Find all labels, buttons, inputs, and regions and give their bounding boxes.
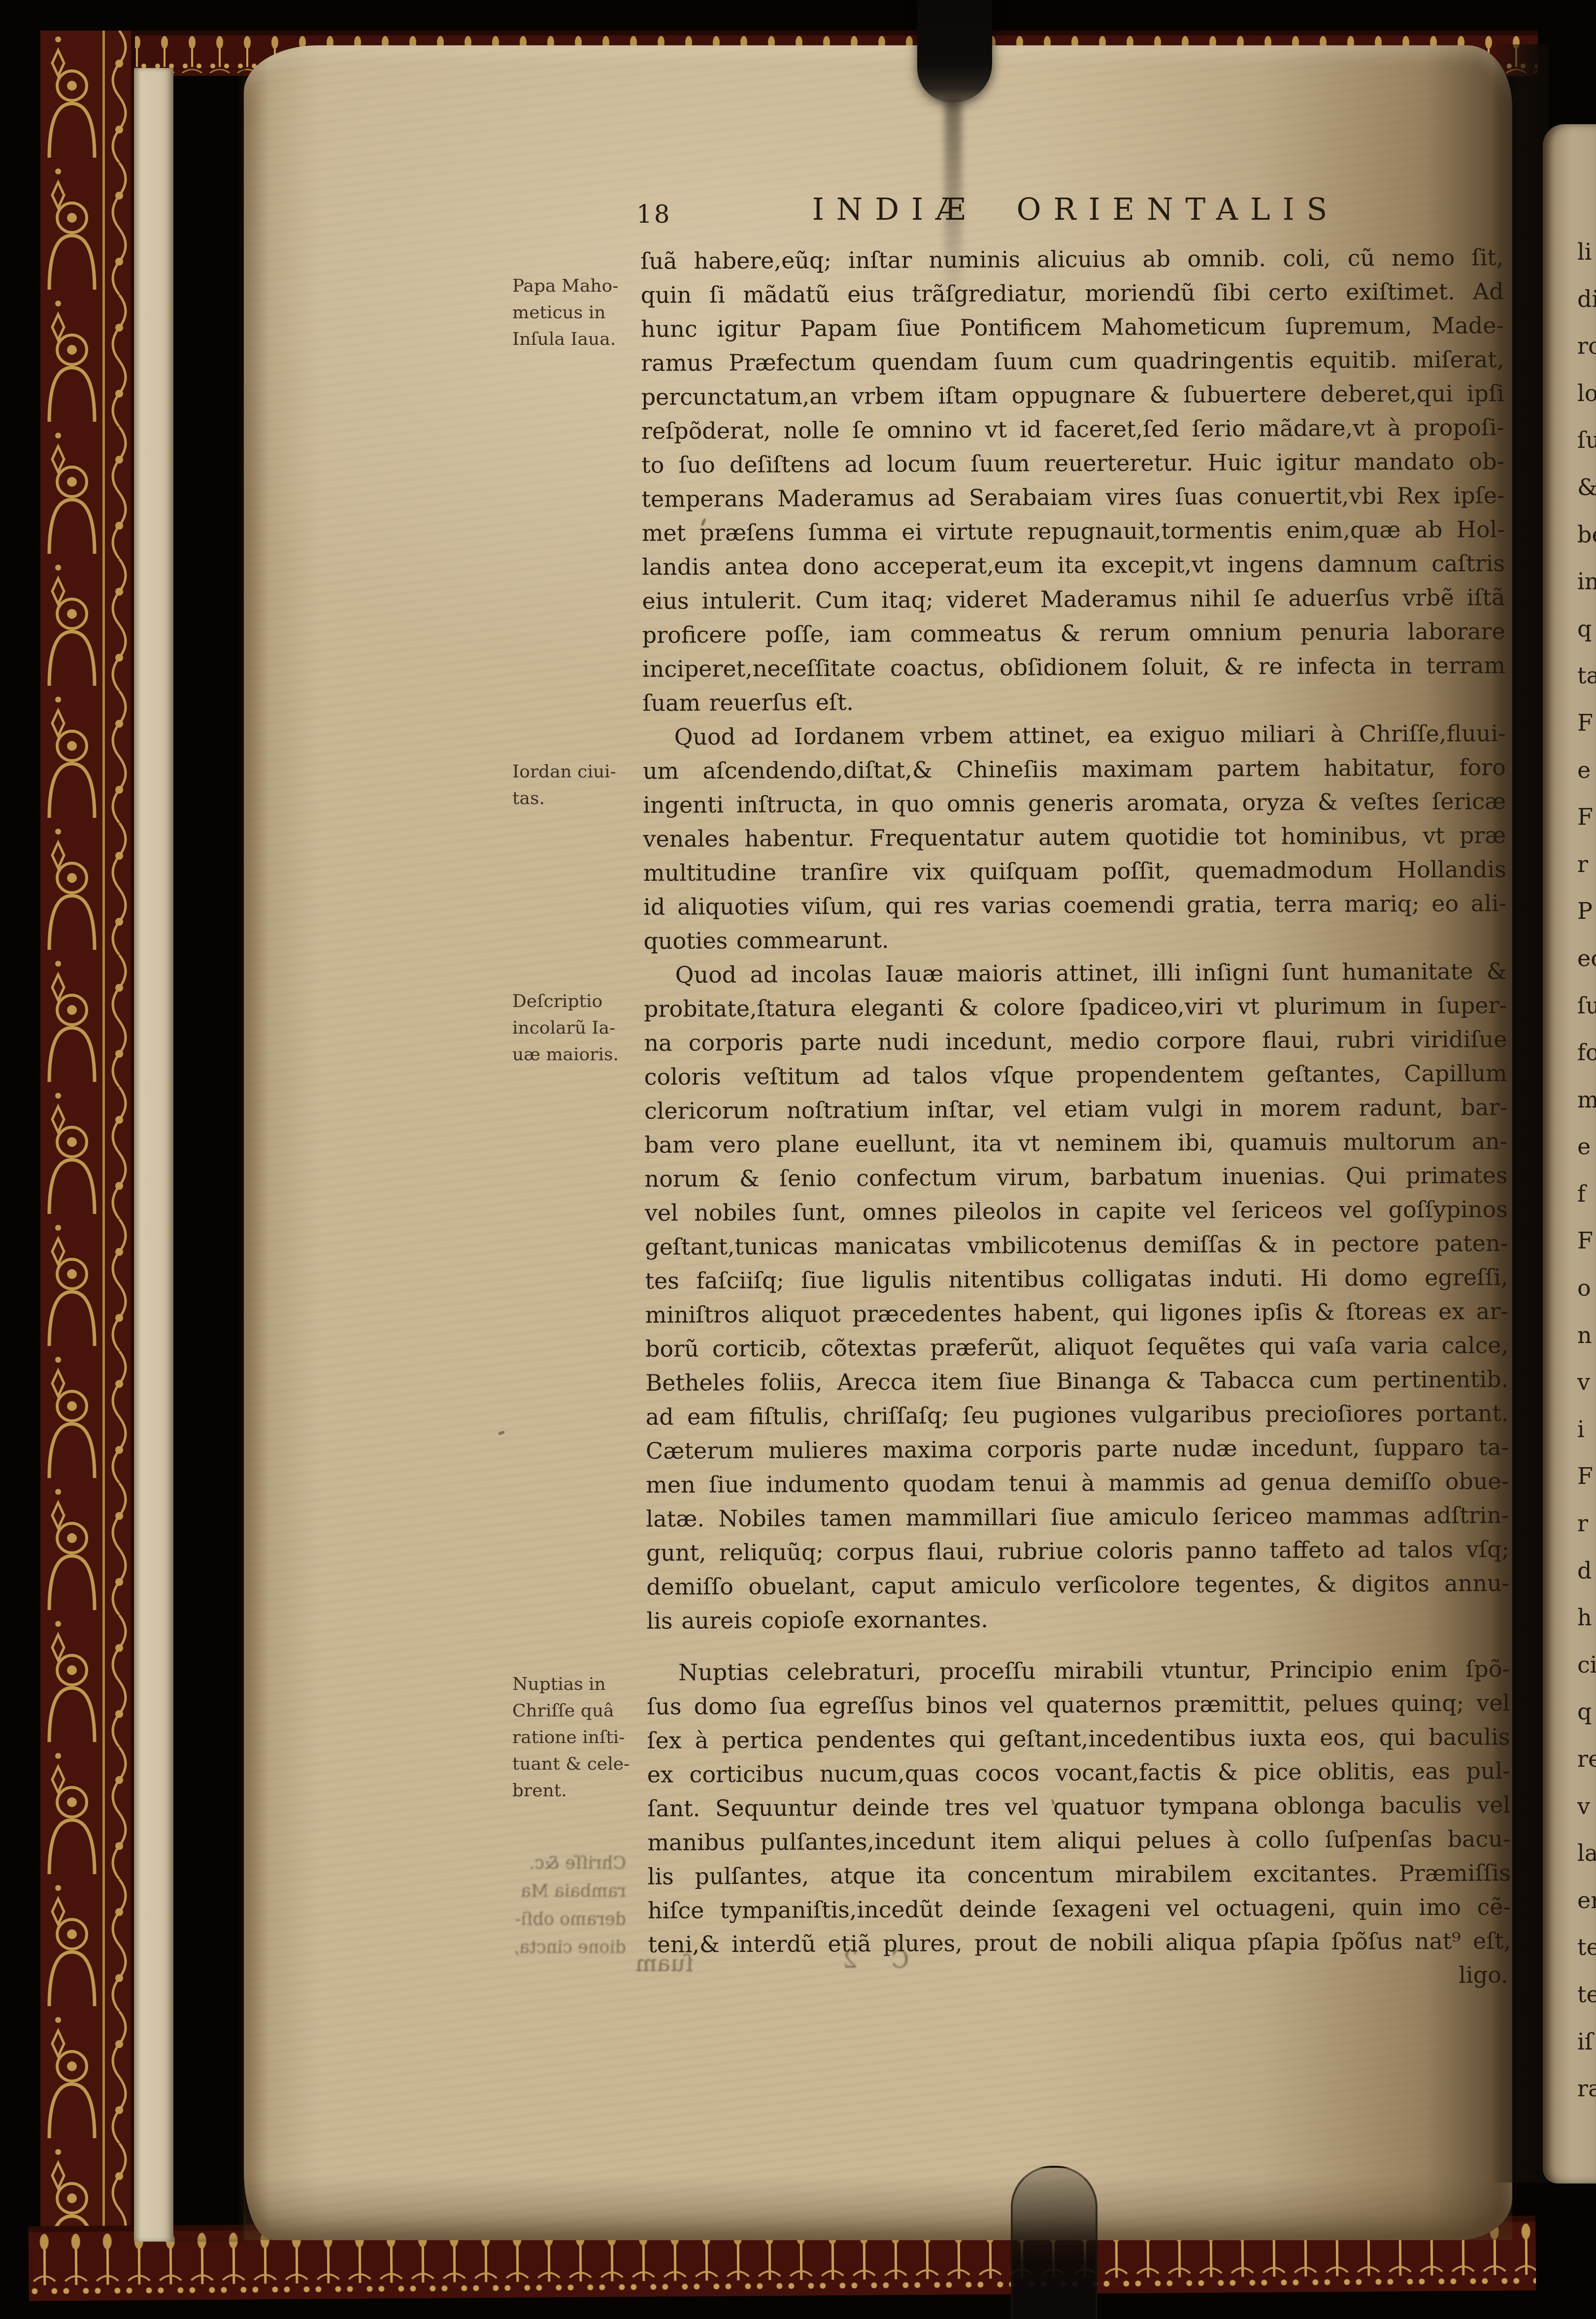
- paragraph: Nuptias celebraturi, proceſſu mirabili v…: [647, 1652, 1511, 1962]
- bookmark-ribbon-top: [917, 0, 992, 102]
- page-edge-stack: [173, 68, 245, 2242]
- facing-page-sliver: lidiroloſu&beinqtaFeFrPecſufomefFonviFrd…: [1543, 124, 1596, 2184]
- bleed-through-catchword: ſuam: [635, 1950, 694, 1977]
- running-header: 18 INDIÆ ORIENTALIS: [644, 192, 1507, 235]
- page-edge-first-leaf: [134, 68, 173, 2242]
- margin-note: Iordan ciui-tas.: [512, 759, 646, 812]
- book-photograph: 18 INDIÆ ORIENTALIS Papa Maho-meticus in…: [0, 0, 1596, 2319]
- bookmark-ribbon-bottom: [1011, 2166, 1097, 2319]
- catchword: ligo.: [648, 1958, 1511, 1996]
- paragraph: Quod ad incolas Iauæ maioris attinet, il…: [644, 954, 1510, 1638]
- margin-note: Nuptias inChriſſe quâratione inſti-tuant…: [512, 1671, 646, 1804]
- gilt-left-edge: [40, 31, 135, 2297]
- margin-note: Papa Maho-meticus inInſula Iaua.: [512, 273, 646, 353]
- page-title: INDIÆ ORIENTALIS: [644, 192, 1507, 227]
- page-bottom-shadow: [244, 2176, 1512, 2240]
- bleed-through-margin-text: Chriſſe &c.rambaia Maderamo obſi-dione c…: [514, 1849, 626, 1962]
- paragraph: ſuã habere,eũq; inſtar numinis alicuius …: [640, 240, 1505, 720]
- text-block: ſuã habere,eũq; inſtar numinis alicuius …: [640, 240, 1511, 1996]
- paper-speck: [498, 1430, 505, 1435]
- paragraph: Quod ad Iordanem vrbem attinet, ea exigu…: [642, 716, 1506, 958]
- book-page: 18 INDIÆ ORIENTALIS Papa Maho-meticus in…: [244, 45, 1512, 2240]
- margin-note: Deſcriptioincolarũ Ia-uæ maioris.: [512, 988, 646, 1068]
- facing-page-text-fragments: lidiroloſu&beinqtaFeFrPecſufomefFonviFrd…: [1577, 229, 1596, 2113]
- gutter-shadow: [1492, 44, 1549, 2183]
- bleed-through-signature-mark: C 2: [830, 1946, 909, 1974]
